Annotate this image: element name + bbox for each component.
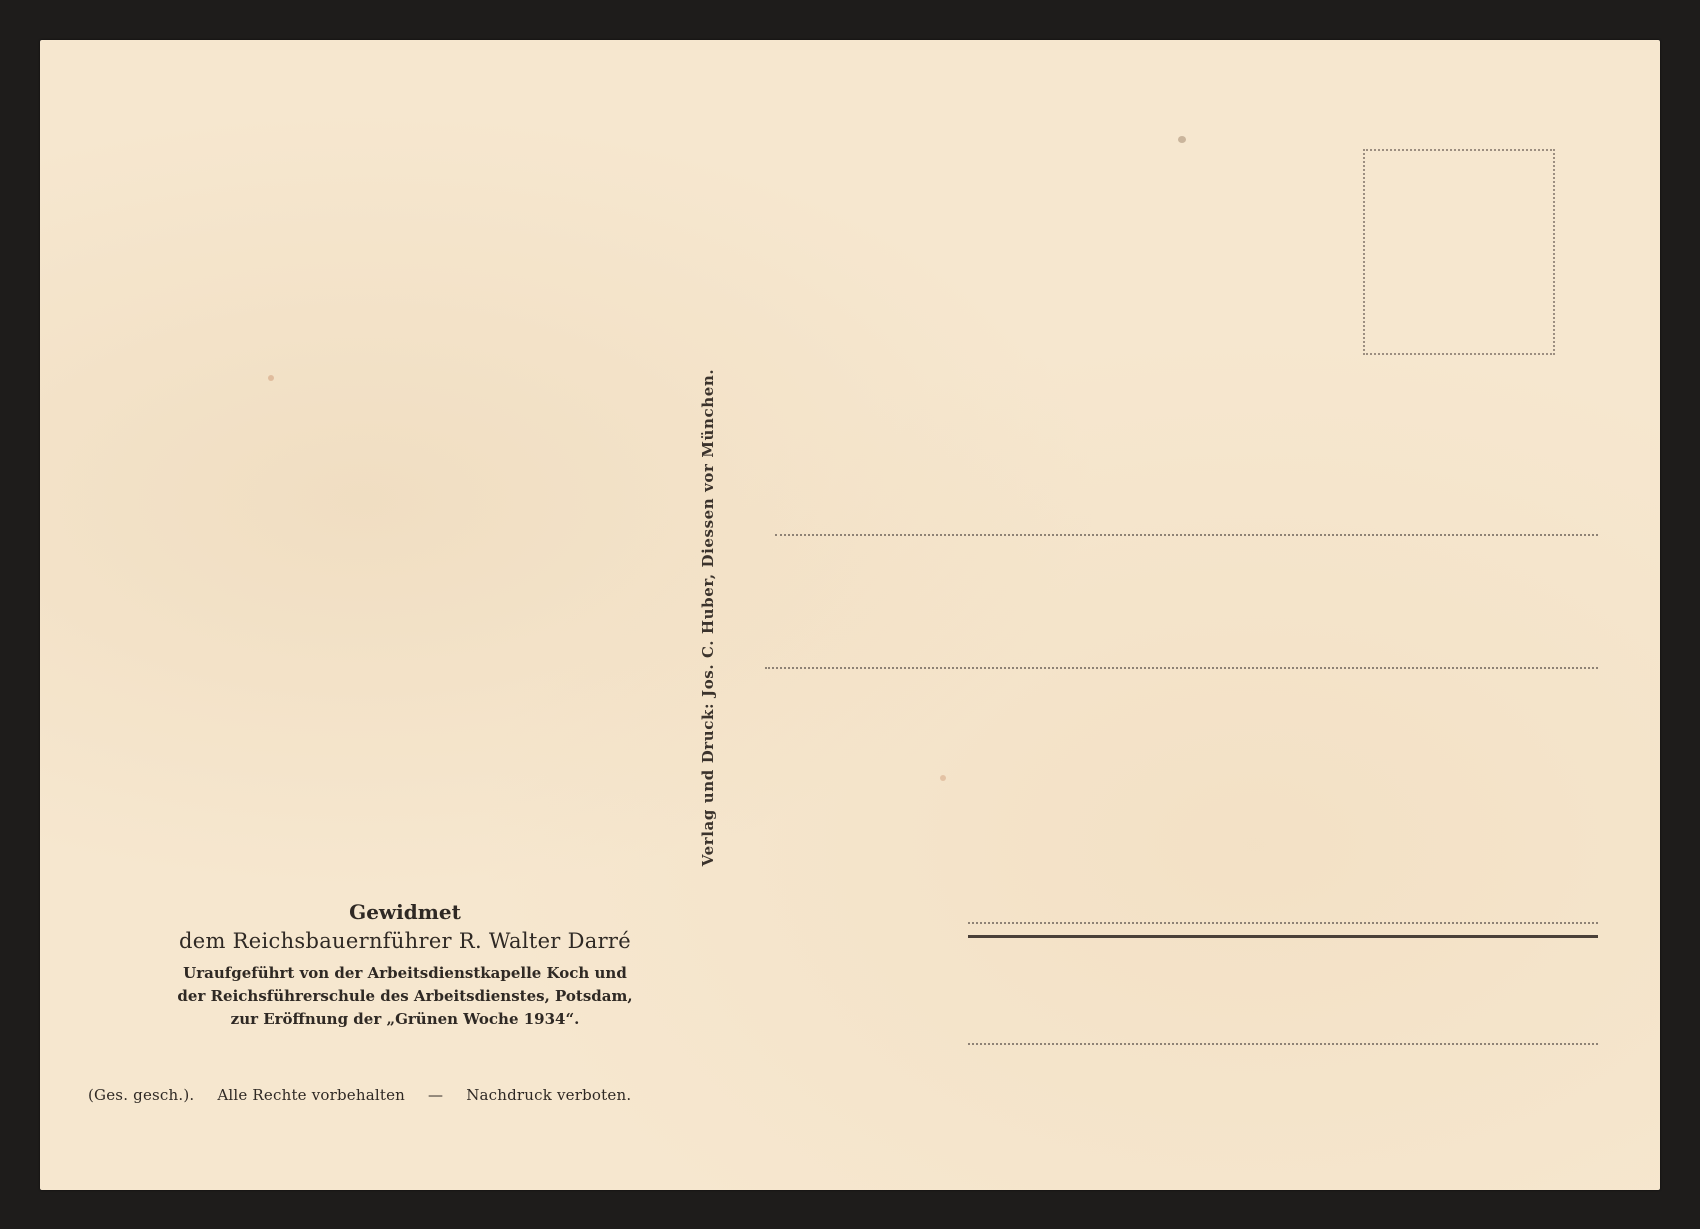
paper-spot bbox=[268, 375, 274, 381]
ink-smudge bbox=[1178, 136, 1186, 143]
registered-note: (Ges. gesch.). bbox=[88, 1086, 194, 1104]
postcard-back: Verlag und Druck: Jos. C. Huber, Diessen… bbox=[40, 40, 1660, 1190]
performance-line-2: der Reichsführerschule des Arbeitsdienst… bbox=[135, 985, 675, 1008]
address-line-bold bbox=[968, 935, 1598, 938]
dedication-heading: Gewidmet bbox=[135, 898, 675, 926]
paper-spot bbox=[940, 775, 946, 781]
copyright-footer: (Ges. gesch.). Alle Rechte vorbehalten —… bbox=[88, 1086, 678, 1104]
address-line-4 bbox=[968, 1043, 1598, 1045]
dedication-block: Gewidmet dem Reichsbauernführer R. Walte… bbox=[135, 898, 675, 1031]
rights-reserved: Alle Rechte vorbehalten bbox=[217, 1086, 405, 1104]
dedication-recipient: dem Reichsbauernführer R. Walter Darré bbox=[135, 926, 675, 956]
address-line-3 bbox=[968, 922, 1598, 924]
stamp-box bbox=[1363, 149, 1555, 355]
reprint-prohibited: Nachdruck verboten. bbox=[466, 1086, 631, 1104]
address-line-2 bbox=[765, 667, 1598, 669]
publisher-imprint-text: Verlag und Druck: Jos. C. Huber, Diessen… bbox=[698, 345, 718, 890]
performance-line-3: zur Eröffnung der „Grünen Woche 1934“. bbox=[135, 1008, 675, 1031]
performance-line-1: Uraufgeführt von der Arbeitsdienstkapell… bbox=[135, 962, 675, 985]
separator-dash: — bbox=[428, 1086, 443, 1104]
address-line-1 bbox=[775, 534, 1598, 536]
